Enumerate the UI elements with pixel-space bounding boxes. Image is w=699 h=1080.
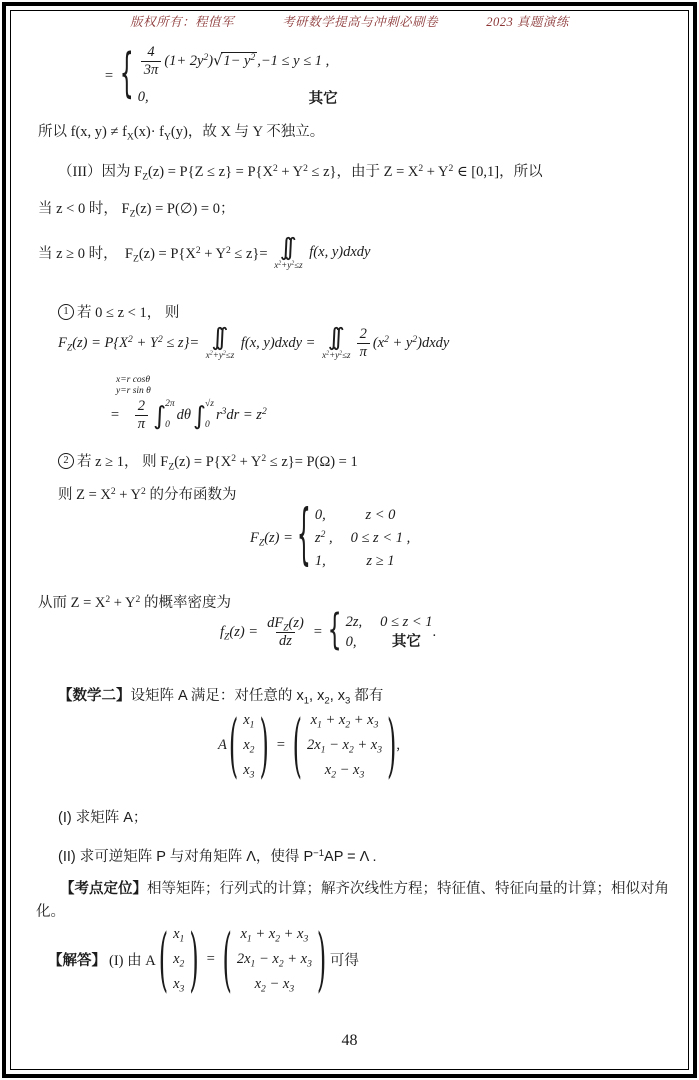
formula-matrix-equation: A ( x1x2x3 ) = ( x1 + x2 + x32x1 − x2 + …: [218, 712, 400, 779]
text: （III）因为 FZ(z) = P{Z ≤ z} = P{X2 + Y2 ≤ z…: [58, 160, 543, 181]
vector-entry: x3: [243, 762, 254, 779]
vector-entry: x1 + x2 + x3: [240, 926, 308, 943]
numerator: dFZ(z): [264, 615, 307, 632]
lower-bound: 0: [165, 421, 175, 431]
double-integral: ∫∫x2+y2≤z: [322, 326, 350, 360]
page-header: 版权所有：程值军 考研数学提高与冲刺必刷卷 2023 真题演练: [0, 12, 699, 30]
vector-entry: x2 − x3: [255, 976, 294, 993]
fraction: dFZ(z)dz: [264, 615, 307, 649]
piecewise-row: 43π (1+ 2y2) √1− y2 ,−1 ≤ y ≤ 1 ,: [138, 44, 338, 78]
math-text: 0,: [138, 89, 149, 106]
cdf-intro-text: 则 Z = X2 + Y2 的分布函数为: [58, 483, 236, 504]
question-part1: (I) 求矩阵 A；: [58, 806, 147, 827]
cases-grid: 2z,0 ≤ z < 1 0,其它: [346, 613, 433, 651]
left-brace: {: [328, 611, 342, 653]
fraction: 2π: [357, 326, 370, 360]
piecewise-row: 0, 其它: [138, 87, 338, 108]
formula-polar-substitution: x=r cosθy=r sin θ = 2π ∫2π0 dθ ∫√z0 r3dr…: [110, 398, 267, 432]
piecewise-rows: 43π (1+ 2y2) √1− y2 ,−1 ≤ y ≤ 1 , 0, 其它: [138, 44, 338, 108]
integral-bounds: √z0: [205, 400, 214, 430]
upper-bound: √z: [205, 400, 214, 410]
integral-bounds: 2π0: [165, 400, 175, 430]
right-paren: ): [387, 711, 396, 781]
math-text: =: [104, 68, 114, 85]
matrix-a-symbol: A: [218, 737, 227, 754]
left-brace: {: [297, 505, 311, 571]
otherwise-label: 其它: [309, 87, 338, 108]
radicand: 1− y2: [221, 52, 257, 70]
equals-sign: =: [110, 407, 120, 424]
substitution-y: y=r sin θ: [116, 386, 151, 397]
period: .: [433, 624, 437, 641]
equals-sign: =: [276, 737, 286, 754]
comma: ,: [396, 737, 400, 754]
text: (I) 由 A: [109, 949, 156, 970]
upper-bound: 2π: [165, 400, 175, 410]
left-paren: (: [293, 711, 302, 781]
vector-entry: x2 − x3: [325, 762, 364, 779]
case-1-heading: 1 若 0 ≤ z < 1， 则: [58, 301, 179, 322]
column-vector: x1x2x3: [168, 926, 189, 993]
vector-entry: 2x1 − x2 + x3: [307, 737, 382, 754]
double-integral: ∫∫x2+y2≤z: [206, 326, 234, 360]
case-condition: z < 0: [365, 506, 395, 524]
double-integral-symbol: ∫∫: [212, 326, 229, 349]
vector-entry: 2x1 − x2 + x3: [237, 951, 312, 968]
page-number-value: 48: [342, 1032, 358, 1049]
header-copyright: 版权所有：程值军: [130, 12, 234, 30]
vector-entry: x1 + x2 + x3: [311, 712, 379, 729]
text: (I) 求矩阵 A；: [58, 806, 147, 827]
left-paren: (: [229, 711, 238, 781]
math-text: r3dr = z2: [216, 407, 267, 424]
denominator: dz: [276, 632, 295, 650]
right-paren: ): [317, 925, 326, 995]
formula-cdf-integral: FZ(z) = P{X2 + Y2 ≤ z}= ∫∫x2+y2≤z f(x, y…: [58, 326, 449, 360]
case-value: 0,: [346, 633, 357, 651]
left-brace: {: [120, 50, 134, 103]
numerator: 2: [357, 326, 370, 343]
right-paren: ): [259, 711, 268, 781]
question-part2: (II) 求可逆矩阵 P 与对角矩阵 Λ，使得 P−1AP = Λ .: [58, 845, 377, 866]
denominator: 3π: [141, 61, 162, 79]
page-content: 版权所有：程值军 考研数学提高与冲刺必刷卷 2023 真题演练 = { 43π …: [0, 0, 699, 1080]
problem-math2-heading: 【数学二】 设矩阵 A 满足：对任意的 x1, x2, x3 都有: [58, 684, 383, 705]
integral: ∫√z0: [193, 400, 214, 430]
integral-region: x2+y2≤z: [322, 350, 350, 360]
case-2-heading: 2 若 z ≥ 1， 则 FZ(z) = P{X2 + Y2 ≤ z}= P(Ω…: [58, 450, 358, 471]
header-edition: 2023 真题演练: [486, 12, 569, 30]
equals-sign: =: [313, 624, 323, 641]
numerator: 2: [135, 398, 148, 415]
circled-number-2: 2: [58, 453, 74, 469]
fraction: 43π: [141, 44, 162, 78]
substitution-x: x=r cosθ: [116, 375, 151, 386]
problem-text: 设矩阵 A 满足：对任意的 x1, x2, x3 都有: [131, 684, 384, 705]
left-paren: (: [222, 925, 231, 995]
solution-label: 【解答】: [48, 949, 106, 970]
text: 当 z < 0 时， FZ(z) = P(∅) = 0；: [38, 197, 234, 218]
case-condition: 0 ≤ z < 1: [380, 613, 432, 631]
denominator: π: [135, 415, 148, 433]
text: 若 0 ≤ z < 1， 则: [77, 301, 179, 322]
pdf-intro-text: 从而 Z = X2 + Y2 的概率密度为: [38, 591, 231, 612]
equals-sign: =: [206, 951, 216, 968]
exam-points-paragraph: 【考点定位】相等矩阵；行列式的计算；解齐次线性方程；特征值、特征向量的计算；相似…: [36, 878, 672, 924]
column-vector: x1 + x2 + x32x1 − x2 + x3x2 − x3: [302, 712, 387, 779]
case-condition: z ≥ 1: [366, 552, 394, 570]
double-integral-symbol: ∫∫: [280, 236, 297, 259]
exam-points-label: 【考点定位】: [60, 881, 147, 897]
vector-entry: x2: [173, 951, 184, 968]
integral-region: x2+y2≤z: [206, 350, 234, 360]
case-condition-otherwise: 其它: [392, 633, 421, 651]
text: 可得: [326, 949, 359, 970]
solution-text-independence: 所以 f(x, y) ≠ fX(x)· fY(y)，故 X 与 Y 不独立。: [38, 120, 324, 141]
math-text: FZ(z) =: [250, 530, 293, 547]
formula-pdf: fZ(z) = dFZ(z)dz = { 2z,0 ≤ z < 1 0,其它 .: [220, 613, 436, 651]
vector-entry: x1: [243, 712, 254, 729]
integral: ∫2π0: [153, 400, 175, 430]
case-value: z2 ,: [315, 529, 333, 547]
column-vector: x1 + x2 + x32x1 − x2 + x3x2 − x3: [232, 926, 317, 993]
math-text: FZ(z) = P{X2 + Y2 ≤ z}=: [58, 335, 203, 352]
cases-grid: 0,z < 0 z2 ,0 ≤ z < 1 , 1,z ≥ 1: [315, 506, 410, 570]
text: 从而 Z = X2 + Y2 的概率密度为: [38, 591, 231, 612]
formula-cdf-cases: FZ(z) = { 0,z < 0 z2 ,0 ≤ z < 1 , 1,z ≥ …: [250, 506, 410, 570]
text: 所以 f(x, y) ≠ fX(x)· fY(y)，故 X 与 Y 不独立。: [38, 120, 324, 141]
page-number: 48: [0, 1032, 699, 1050]
math-text: (x2 + y2)dxdy: [373, 335, 450, 352]
case-value: 1,: [315, 552, 326, 570]
math-text: dθ: [177, 407, 191, 424]
substitution-stack: x=r cosθy=r sin θ: [116, 375, 151, 398]
text: 则 Z = X2 + Y2 的分布函数为: [58, 483, 236, 504]
lower-bound: 0: [205, 421, 214, 431]
document-page: 版权所有：程值军 考研数学提高与冲刺必刷卷 2023 真题演练 = { 43π …: [0, 0, 699, 1080]
math-text: ,−1 ≤ y ≤ 1 ,: [257, 53, 329, 70]
math-text: f(x, y)dxdy: [306, 244, 371, 261]
vector-entry: x3: [173, 976, 184, 993]
column-vector: x1x2x3: [238, 712, 259, 779]
math-text: fZ(z) =: [220, 624, 258, 641]
case-value: 2z,: [346, 613, 363, 631]
text: 若 z ≥ 1， 则 FZ(z) = P{X2 + Y2 ≤ z}= P(Ω) …: [77, 450, 358, 471]
header-book-title: 考研数学提高与冲刺必刷卷: [282, 12, 438, 30]
square-root: √1− y2: [213, 52, 257, 70]
case-condition: 0 ≤ z < 1 ,: [351, 529, 411, 547]
math-text: (1+ 2y2): [164, 53, 213, 70]
vector-entry: x1: [173, 926, 184, 943]
integral-region: x2+y2≤z: [274, 260, 302, 270]
solution-case-z-negative: 当 z < 0 时， FZ(z) = P(∅) = 0；: [38, 197, 234, 218]
solution-case-z-nonnegative: 当 z ≥ 0 时， FZ(z) = P{X2 + Y2 ≤ z}= ∫∫x2+…: [38, 236, 370, 270]
formula-piecewise-density: = { 43π (1+ 2y2) √1− y2 ,−1 ≤ y ≤ 1 , 0,…: [104, 44, 338, 108]
text: (II) 求可逆矩阵 P 与对角矩阵 Λ，使得 P−1AP = Λ .: [58, 845, 377, 866]
left-paren: (: [159, 925, 168, 995]
math-text: f(x, y)dxdy =: [237, 335, 319, 352]
solution-start-line: 【解答】 (I) 由 A ( x1x2x3 ) = ( x1 + x2 + x3…: [48, 926, 359, 993]
text: 当 z ≥ 0 时， FZ(z) = P{X2 + Y2 ≤ z}=: [38, 242, 271, 263]
circled-number-1: 1: [58, 304, 74, 320]
problem-label: 【数学二】: [58, 684, 131, 705]
vector-entry: x2: [243, 737, 254, 754]
fraction: 2π: [135, 398, 148, 432]
double-integral-symbol: ∫∫: [328, 326, 345, 349]
double-integral: ∫∫x2+y2≤z: [274, 236, 302, 270]
case-value: 0,: [315, 506, 326, 524]
numerator: 4: [144, 44, 157, 61]
denominator: π: [357, 343, 370, 361]
solution-text-part3: （III）因为 FZ(z) = P{Z ≤ z} = P{X2 + Y2 ≤ z…: [58, 160, 543, 181]
right-paren: ): [189, 925, 198, 995]
